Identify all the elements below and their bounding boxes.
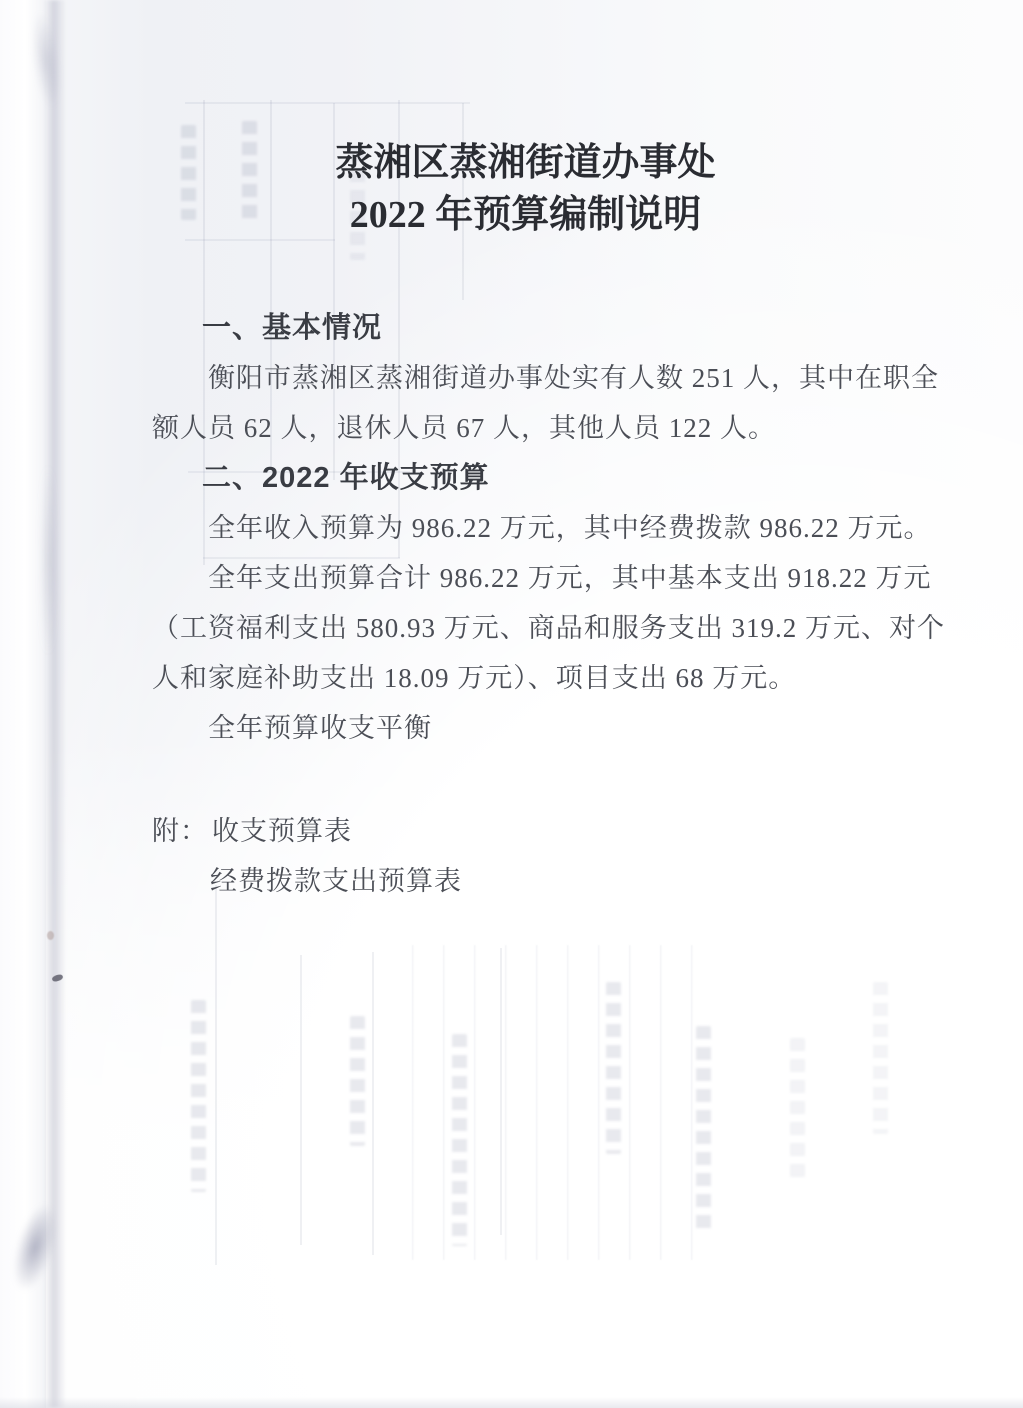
section-1-heading: 一、基本情况 — [152, 303, 910, 353]
bleed-through-text-column — [790, 1038, 805, 1178]
attachment-item-1: 收支预算表 — [212, 816, 352, 846]
scan-bottom-edge — [0, 1397, 1023, 1408]
bleed-through-text-column — [191, 1000, 206, 1192]
body-line: 衡阳市蒸湘区蒸湘街道办事处实有人数 251 人，其中在职全 — [152, 353, 910, 403]
bleed-through-text-column — [873, 982, 888, 1134]
section-2-heading: 二、2022 年收支预算 — [152, 453, 910, 503]
body-line: （工资福利支出 580.93 万元、商品和服务支出 319.2 万元、对个 — [152, 603, 910, 653]
bleed-through-table-line — [372, 952, 374, 1255]
attachment-item-2: 经费拨款支出预算表 — [210, 866, 462, 896]
bleed-through-table-line — [300, 955, 302, 1245]
bleed-through-text-column — [350, 1016, 365, 1146]
attachments-list: 附：收支预算表 经费拨款支出预算表 — [152, 806, 910, 906]
paper-speck — [47, 931, 54, 940]
body-line: 全年预算收支平衡 — [152, 703, 910, 753]
document-title: 蒸湘区蒸湘街道办事处 2022 年预算编制说明 — [0, 137, 1023, 241]
document-title-line-2: 2022 年预算编制说明 — [28, 189, 1023, 241]
bleed-through-table-line — [185, 102, 470, 104]
bleed-through-text-column — [452, 1034, 467, 1246]
bleed-through-text-column — [696, 1026, 711, 1234]
crease-shadow-middle — [38, 420, 58, 700]
attachment-row: 经费拨款支出预算表 — [152, 856, 910, 906]
scanned-document-page: 蒸湘区蒸湘街道办事处 2022 年预算编制说明 一、基本情况 衡阳市蒸湘区蒸湘街… — [0, 0, 1023, 1408]
body-line: 额人员 62 人，退休人员 67 人，其他人员 122 人。 — [152, 403, 910, 453]
attachment-row: 附：收支预算表 — [152, 806, 910, 856]
body-line: 全年收入预算为 986.22 万元，其中经费拨款 986.22 万元。 — [152, 503, 910, 553]
body-line: 全年支出预算合计 986.22 万元，其中基本支出 918.22 万元 — [152, 553, 910, 603]
document-title-line-1: 蒸湘区蒸湘街道办事处 — [28, 137, 1023, 189]
bleed-through-table-line — [215, 885, 217, 1265]
body-line: 人和家庭补助支出 18.09 万元）、项目支出 68 万元。 — [152, 653, 910, 703]
document-body: 一、基本情况 衡阳市蒸湘区蒸湘街道办事处实有人数 251 人，其中在职全 额人员… — [152, 303, 910, 753]
attachment-label: 附： — [152, 816, 208, 846]
bleed-through-text-column — [606, 982, 621, 1154]
